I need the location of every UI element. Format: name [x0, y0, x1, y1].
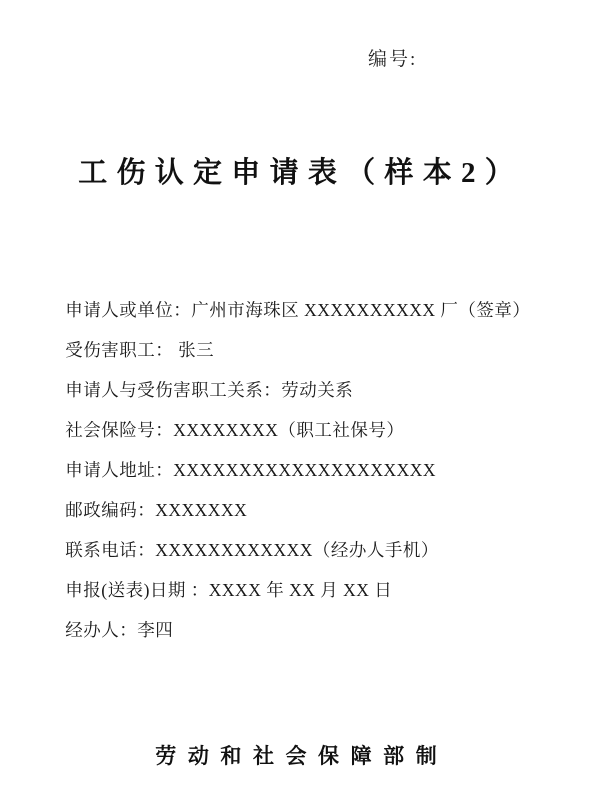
document-page: 编号: 工伤认定申请表（样本2） 申请人或单位：广州市海珠区 XXXXXXXXX…: [0, 0, 592, 810]
field-value: 李四: [137, 620, 173, 640]
field-label: 受伤害职工：: [65, 340, 173, 360]
field-value: 广州市海珠区 XXXXXXXXXX 厂（签章）: [191, 300, 530, 320]
field-value: XXXXXXXXXXXX（经办人手机）: [155, 540, 439, 560]
field-applicant-or-unit: 申请人或单位：广州市海珠区 XXXXXXXXXX 厂（签章）: [36, 274, 572, 314]
field-label: 申请人或单位：: [65, 300, 191, 320]
field-label: 申请人与受伤害职工关系：: [65, 380, 281, 400]
field-label: 申报(送表)日期 ：: [65, 580, 209, 600]
field-label: 经办人：: [65, 620, 137, 640]
field-value: XXXX 年 XX 月 XX 日: [209, 580, 392, 600]
field-value: 张三: [173, 340, 214, 360]
field-label: 社会保险号：: [65, 420, 173, 440]
field-value: XXXXXXX: [155, 500, 247, 520]
field-value: XXXXXXXXXXXXXXXXXXXX: [173, 460, 436, 480]
field-value: XXXXXXXX（职工社保号）: [173, 420, 404, 440]
doc-number-label: 编号:: [368, 44, 417, 71]
field-label: 申请人地址：: [65, 460, 173, 480]
form-fields: 申请人或单位：广州市海珠区 XXXXXXXXXX 厂（签章） 受伤害职工： 张三…: [36, 274, 572, 634]
page-title: 工伤认定申请表（样本2）: [0, 150, 592, 191]
field-value: 劳动关系: [281, 380, 353, 400]
footer-issuer: 劳动和社会保障部制: [0, 740, 592, 770]
field-label: 邮政编码：: [65, 500, 155, 520]
field-label: 联系电话：: [65, 540, 155, 560]
